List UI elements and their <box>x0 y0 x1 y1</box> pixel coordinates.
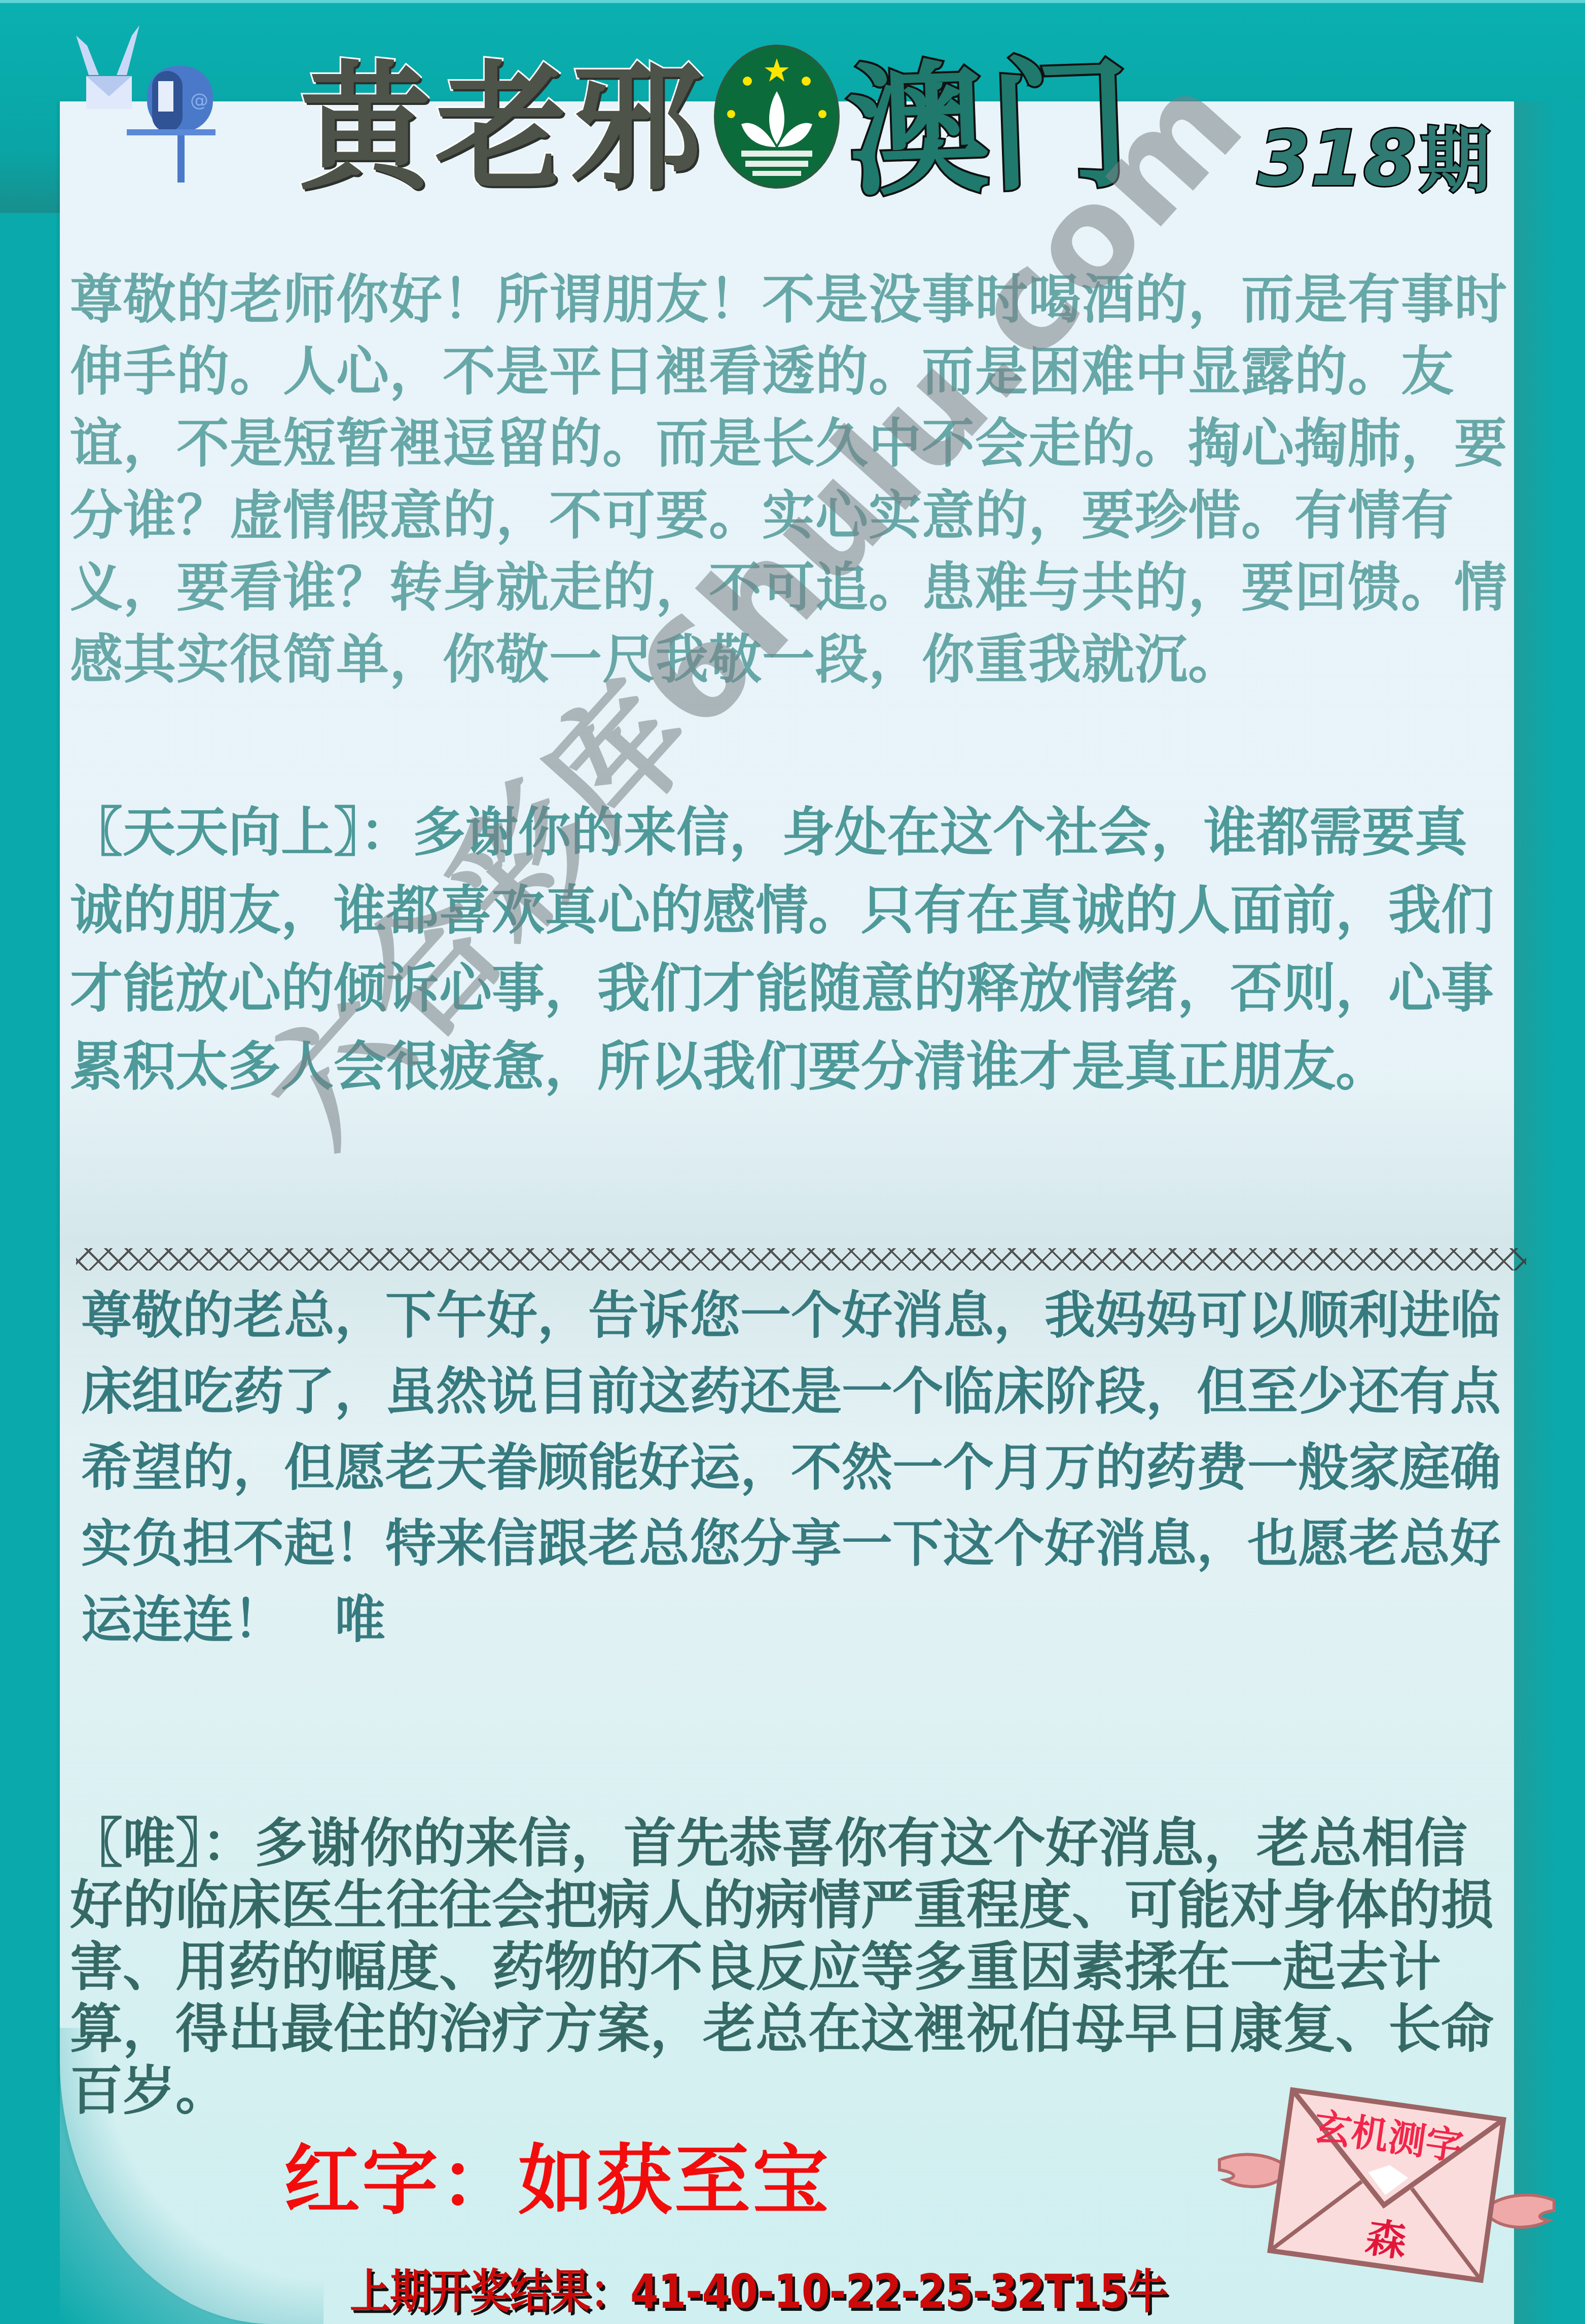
letter-2: 尊敬的老总，下午好，告诉您一个好消息，我妈妈可以顺利进临床组吃药了，虽然说目前这… <box>81 1278 1516 1658</box>
zigzag-divider <box>76 1248 1526 1270</box>
last-draw-numbers: 41-40-10-22-25-32T15牛 <box>630 2265 1167 2319</box>
title-place: 澳门 <box>843 10 1134 223</box>
envelope-character: 森 <box>1363 2213 1410 2266</box>
last-draw-result: 上期开奖结果：41-40-10-22-25-32T15牛 <box>350 2254 1167 2321</box>
issue-number: 318 <box>1257 115 1416 203</box>
letter-2-text: 尊敬的老总，下午好，告诉您一个好消息，我妈妈可以顺利进临床组吃药了，虽然说目前这… <box>81 1278 1516 1658</box>
reply-1-text: 〖天天向上〗：多谢你的来信，身处在这个社会，谁都需要真诚的朋友，谁都喜欢真心的感… <box>70 793 1515 1106</box>
letter-1: 尊敬的老师你好！所谓朋友！不是没事时喝酒的，而是有事时伸手的。人心，不是平日裡看… <box>70 264 1515 696</box>
title-name: 黄老邪 <box>299 17 707 216</box>
red-word: 红字：如获至宝 <box>284 2119 831 2229</box>
issue-suffix: 期 <box>1419 104 1490 206</box>
last-draw-label: 上期开奖结果： <box>350 2265 630 2319</box>
winged-envelope-icon: 玄机测字 森 <box>1214 2074 1559 2297</box>
frame-top-line <box>0 0 1585 3</box>
macau-emblem-icon <box>711 43 843 190</box>
mailbox-icon: @ <box>51 15 243 183</box>
reply-1: 〖天天向上〗：多谢你的来信，身处在这个社会，谁都需要真诚的朋友，谁都喜欢真心的感… <box>70 793 1515 1106</box>
letter-1-text: 尊敬的老师你好！所谓朋友！不是没事时喝酒的，而是有事时伸手的。人心，不是平日裡看… <box>70 264 1515 696</box>
svg-text:@: @ <box>190 90 208 111</box>
header-title: 黄老邪 澳门 <box>299 30 1131 203</box>
issue-label: 318 期 <box>1257 104 1490 206</box>
frame-right <box>1514 101 1585 2324</box>
